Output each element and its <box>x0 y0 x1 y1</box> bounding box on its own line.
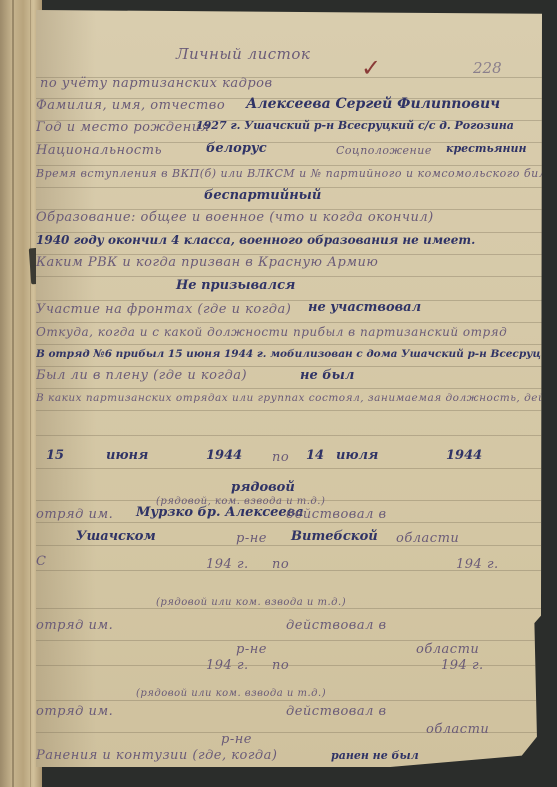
field-label-conscription: Каким РВК и когда призван в Красную Арми… <box>36 255 378 271</box>
field-value-captivity: не был <box>300 368 354 384</box>
period1-to-month: июля <box>336 448 378 464</box>
period2-to-year: 194 г. <box>456 557 499 573</box>
field-value-nationality: белорус <box>206 141 267 157</box>
period2-to-label: по <box>272 557 289 573</box>
document-page: Личный листок ✓ 228 по учёту партизански… <box>36 10 542 767</box>
period2-from-year: 194 г. <box>206 557 249 573</box>
period1-from-day: 15 <box>46 448 64 464</box>
period1-to-label: по <box>272 450 289 466</box>
period1-from-year: 1944 <box>206 448 242 464</box>
field-value-wounds: ранен не был <box>331 748 419 764</box>
field-value-social: крестьянин <box>446 141 527 157</box>
period1-district: Ушачском <box>76 529 156 545</box>
period1-acted-label: действовал в <box>286 507 387 523</box>
field-value-front: не участвовал <box>308 300 421 316</box>
ruled-line <box>36 468 542 469</box>
period3-district-suffix: р-не <box>221 732 252 748</box>
document-title: Личный листок <box>176 46 310 62</box>
ruled-line <box>36 344 542 345</box>
period3-role-hint: (рядовой или ком. взвода и т.д.) <box>136 686 326 702</box>
ruled-line <box>36 435 542 436</box>
period3-unit-label: отряд им. <box>36 704 113 720</box>
ruled-line <box>36 410 542 411</box>
period3-to-label: по <box>272 658 289 674</box>
field-label-social: Соцположение <box>336 143 432 159</box>
binding-edge <box>30 0 31 787</box>
field-label-party: Время вступления в ВКП(б) или ВЛКСМ и № … <box>36 166 542 182</box>
period1-unit: Мурзко бр. Алексеева <box>136 505 304 521</box>
field-label-units: В каких партизанских отрядах или группах… <box>36 390 542 406</box>
period3-to-year: 194 г. <box>441 658 484 674</box>
field-value-education: 1940 году окончил 4 класса, военного обр… <box>36 232 475 248</box>
field-label-wounds: Ранения и контузии (где, когда) <box>36 748 277 764</box>
ruled-line <box>36 640 542 641</box>
period2-region-suffix: области <box>416 642 479 658</box>
field-value-party: беспартийный <box>204 188 321 204</box>
field-value-arrival: В отряд №6 прибыл 15 июня 1944 г. мобили… <box>36 346 542 362</box>
period3-from-year: 194 г. <box>206 658 249 674</box>
document-subtitle: по учёту партизанских кадров <box>40 76 273 92</box>
page-number: 228 <box>473 60 502 76</box>
period1-to-day: 14 <box>306 448 324 464</box>
period1-from-month: июня <box>106 448 148 464</box>
checkmark-icon: ✓ <box>361 60 381 76</box>
period2-from-day: С <box>36 554 46 570</box>
ruled-line <box>36 322 542 323</box>
field-label-captivity: Был ли в плену (где и когда) <box>36 368 247 384</box>
field-label-arrival: Откуда, когда и с какой должности прибыл… <box>36 324 507 340</box>
period1-unit-label: отряд им. <box>36 507 113 523</box>
binding-edge <box>12 0 14 787</box>
field-value-name: Алексеева Сергей Филиппович <box>246 96 500 112</box>
field-value-birth: 1927 г. Ушачский р-н Всесруцкий с/с д. Р… <box>196 118 514 134</box>
period1-district-suffix: р-не <box>236 531 267 547</box>
period1-region-suffix: области <box>396 531 459 547</box>
ruled-line <box>36 388 542 389</box>
field-label-nationality: Национальность <box>36 143 162 159</box>
period2-unit-label: отряд им. <box>36 618 113 634</box>
period3-region-suffix: области <box>426 722 489 738</box>
ruled-line <box>36 300 542 301</box>
ruled-line <box>36 545 542 546</box>
period3-acted-label: действовал в <box>286 704 387 720</box>
field-label-birth: Год и место рождения <box>36 120 210 136</box>
ruled-line <box>36 276 542 277</box>
book-binding <box>0 0 42 787</box>
ruled-line <box>36 366 542 367</box>
period2-district-suffix: р-не <box>236 642 267 658</box>
period2-acted-label: действовал в <box>286 618 387 634</box>
period1-to-year: 1944 <box>446 448 482 464</box>
field-label-education: Образование: общее и военное (что и когд… <box>36 210 434 226</box>
period2-role-hint: (рядовой или ком. взвода и т.д.) <box>156 595 346 611</box>
period1-region: Витебской <box>291 529 378 545</box>
field-label-name: Фамилия, имя, отчество <box>36 98 225 114</box>
field-value-conscription: Не призывался <box>176 278 295 294</box>
field-label-front: Участие на фронтах (где и когда) <box>36 302 291 318</box>
